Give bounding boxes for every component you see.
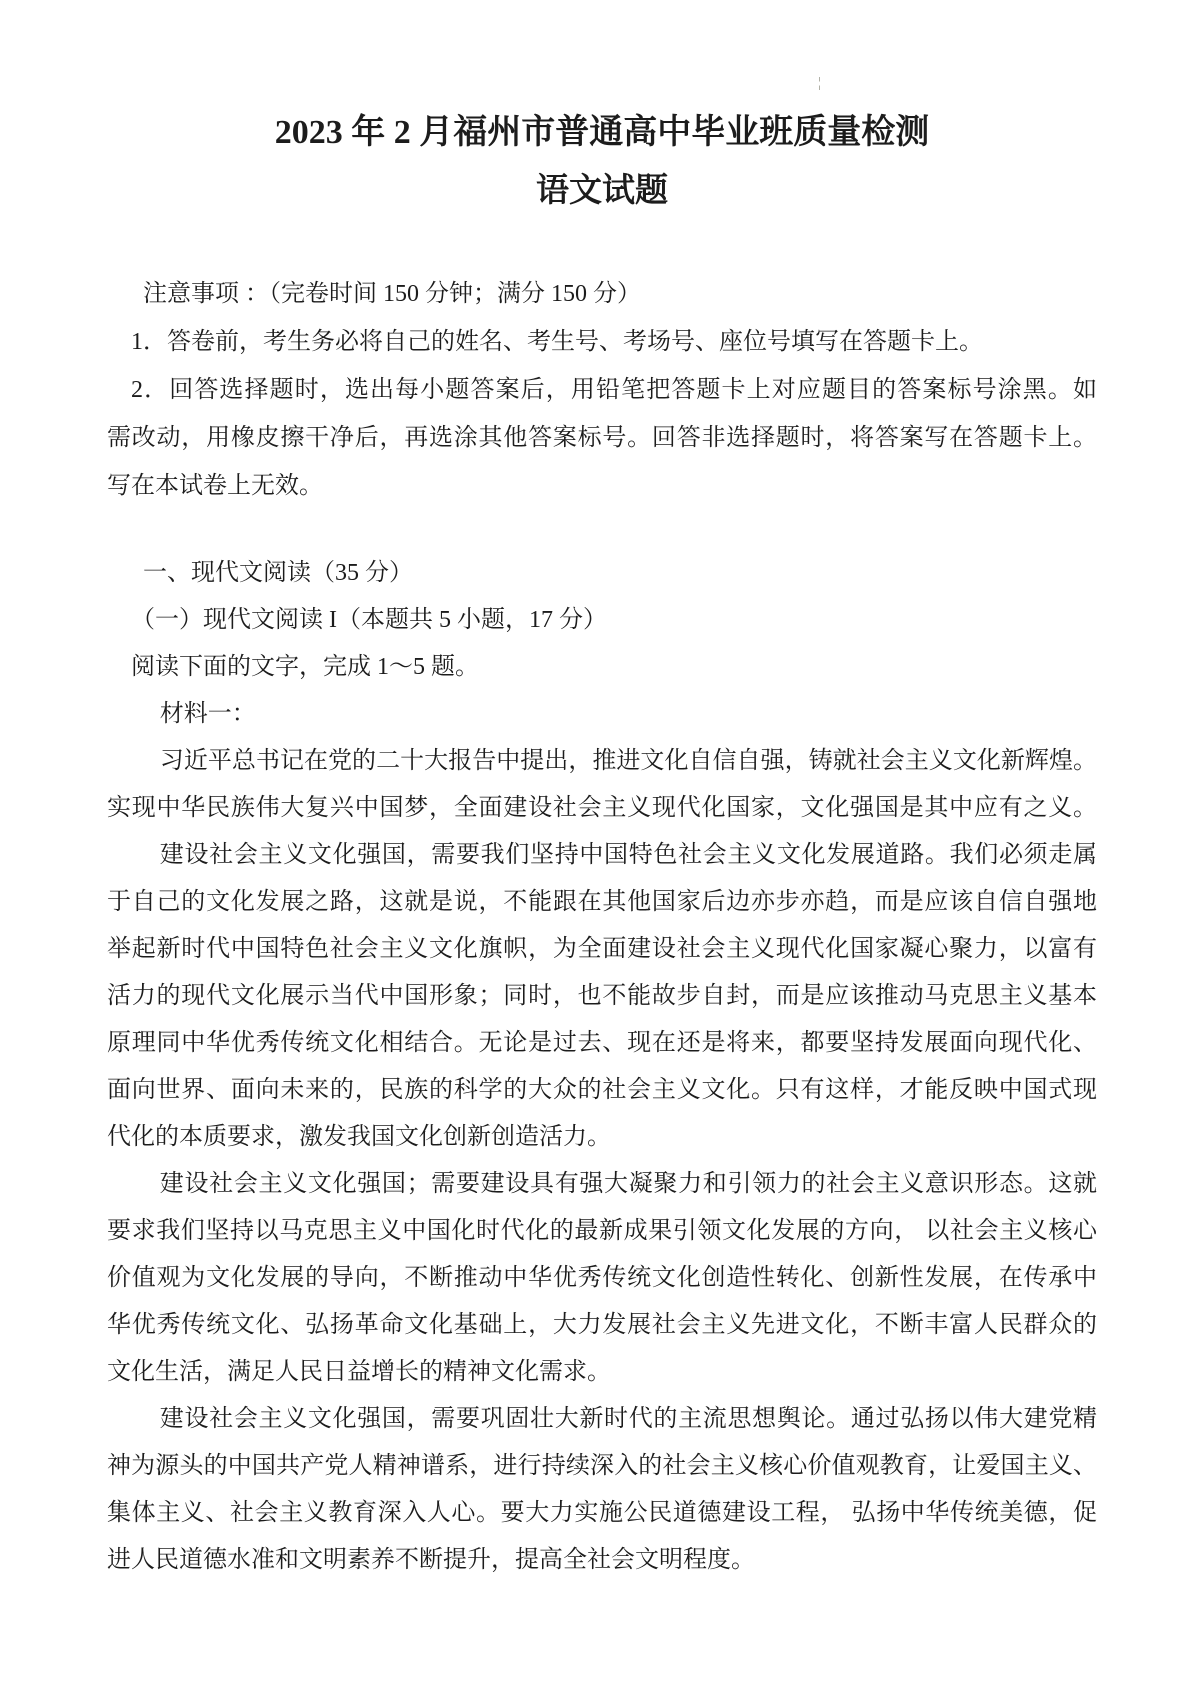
material-text-line: 要求我们坚持以马克思主义中国化时代化的最新成果引领文化发展的方向， 以社会主义核… [107, 1208, 1097, 1255]
material-text-line: 建设社会主义文化强国，需要我们坚持中国特色社会主义文化发展道路。我们必须走属 [107, 832, 1097, 879]
scan-artifact-mark: ¦ [818, 78, 821, 89]
material-text-line: 建设社会主义文化强国；需要建设具有强大凝聚力和引领力的社会主义意识形态。这就 [107, 1161, 1097, 1208]
notice-item-2-line-1: 2．回答选择题时，选出每小题答案后，用铅笔把答题卡上对应题目的答案标号涂黑。如 [107, 366, 1097, 414]
page-subtitle: 语文试题 [107, 162, 1097, 220]
notice-section: 注意事项 ：（完卷时间 150 分钟；满分 150 分） 1．答卷前，考生务必将… [107, 270, 1097, 510]
material-text-line: 举起新时代中国特色社会主义文化旗帜，为全面建设社会主义现代化国家凝心聚力，以富有 [107, 926, 1097, 973]
material-text-line: 集体主义、社会主义教育深入人心。要大力实施公民道德建设工程， 弘扬中华传统美德，… [107, 1490, 1097, 1537]
material-text-line: 进人民道德水准和文明素养不断提升，提高全社会文明程度。 [107, 1537, 1097, 1584]
reading-instruction: 阅读下面的文字，完成 1～5 题。 [107, 644, 1097, 691]
material-text-line: 原理同中华优秀传统文化相结合。无论是过去、现在还是将来，都要坚持发展面向现代化、 [107, 1020, 1097, 1067]
material-1-label: 材料一： [107, 691, 1097, 738]
notice-item-2-line-2: 需改动，用橡皮擦干净后，再选涂其他答案标号。回答非选择题时，将答案写在答题卡上。 [107, 414, 1097, 462]
material-text-line: 实现中华民族伟大复兴中国梦，全面建设社会主义现代化国家，文化强国是其中应有之义。 [107, 785, 1097, 832]
material-text-line: 价值观为文化发展的导向，不断推动中华优秀传统文化创造性转化、创新性发展，在传承中 [107, 1255, 1097, 1302]
notice-heading: 注意事项 ：（完卷时间 150 分钟；满分 150 分） [107, 270, 1097, 318]
section-subheading: （一）现代文阅读 I（本题共 5 小题，17 分） [107, 597, 1097, 644]
section-heading: 一、现代文阅读（35 分） [107, 550, 1097, 597]
material-text-line: 活力的现代文化展示当代中国形象；同时，也不能故步自封，而是应该推动马克思主义基本 [107, 973, 1097, 1020]
material-text-line: 于自己的文化发展之路，这就是说，不能跟在其他国家后边亦步亦趋，而是应该自信自强地 [107, 879, 1097, 926]
notice-item-2-line-3: 写在本试卷上无效。 [107, 462, 1097, 510]
material-text-line: 文化生活，满足人民日益增长的精神文化需求。 [107, 1349, 1097, 1396]
page-title: 2023 年 2 月福州市普通高中毕业班质量检测 [107, 104, 1097, 162]
material-text-line: 建设社会主义文化强国，需要巩固壮大新时代的主流思想舆论。通过弘扬以伟大建党精 [107, 1396, 1097, 1443]
material-text-line: 面向世界、面向未来的，民族的科学的大众的社会主义文化。只有这样，才能反映中国式现 [107, 1067, 1097, 1114]
material-1-text: 习近平总书记在党的二十大报告中提出，推进文化自信自强，铸就社会主义文化新辉煌。 … [107, 738, 1097, 1584]
exam-document-page: ¦ 2023 年 2 月福州市普通高中毕业班质量检测 语文试题 注意事项 ：（完… [0, 0, 1200, 1698]
material-text-line: 代化的本质要求，激发我国文化创新创造活力。 [107, 1114, 1097, 1161]
notice-item-1: 1．答卷前，考生务必将自己的姓名、考生号、考场号、座位号填写在答题卡上。 [107, 318, 1097, 366]
material-text-line: 华优秀传统文化、弘扬革命文化基础上，大力发展社会主义先进文化，不断丰富人民群众的 [107, 1302, 1097, 1349]
section-intro: 一、现代文阅读（35 分） （一）现代文阅读 I（本题共 5 小题，17 分） … [107, 550, 1097, 738]
material-text-line: 习近平总书记在党的二十大报告中提出，推进文化自信自强，铸就社会主义文化新辉煌。 [107, 738, 1097, 785]
material-text-line: 神为源头的中国共产党人精神谱系，进行持续深入的社会主义核心价值观教育，让爱国主义… [107, 1443, 1097, 1490]
